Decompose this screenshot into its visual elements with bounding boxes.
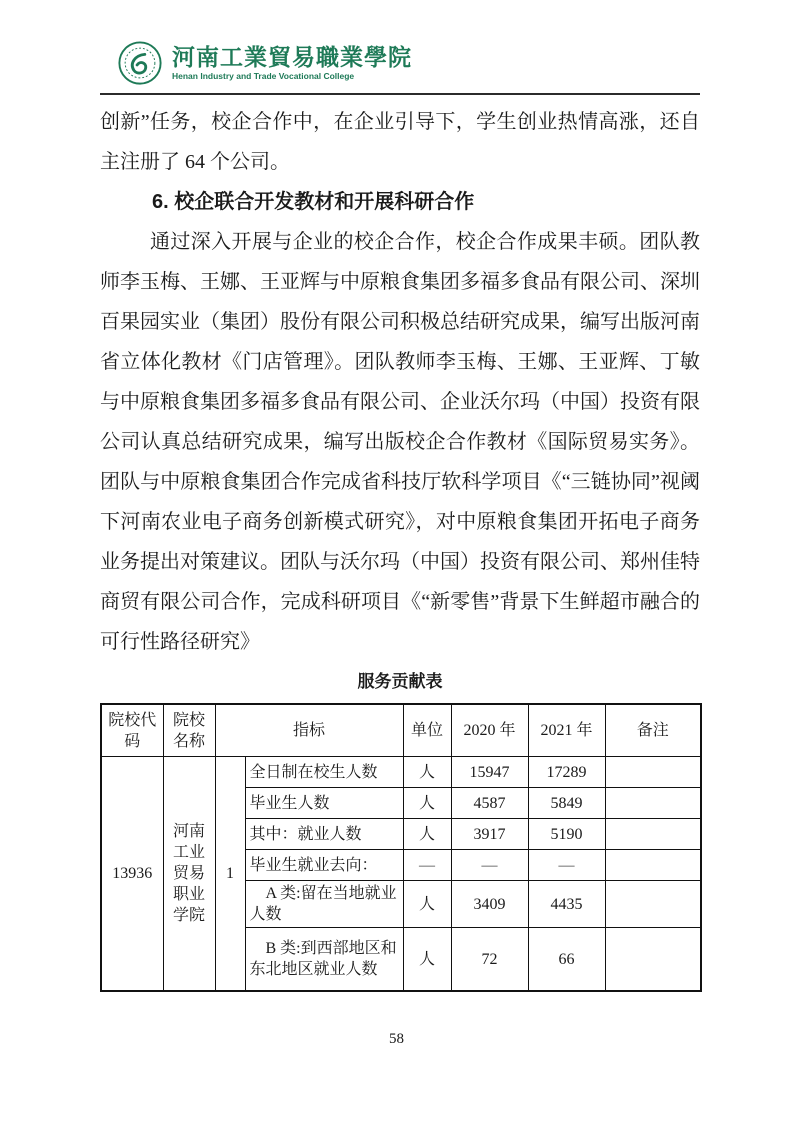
unit-cell: 人 (403, 788, 451, 819)
unit-cell: 人 (403, 881, 451, 928)
section-heading: 6. 校企联合开发教材和开展科研合作 (100, 182, 700, 222)
table-title: 服务贡献表 (100, 670, 700, 694)
indicator-cell: 毕业生人数 (245, 788, 403, 819)
value-2021-cell: 4435 (528, 881, 605, 928)
college-name-chinese: 河南工業貿易職業學院 (172, 45, 412, 71)
logo-text: 河南工業貿易職業學院 Henan Industry and Trade Voca… (172, 45, 412, 82)
unit-cell: 人 (403, 757, 451, 788)
note-cell (605, 819, 701, 850)
group-number-cell: 1 (215, 757, 245, 992)
col-header-college-code: 院校代码 (101, 704, 163, 757)
indicator-cell: B 类:到西部地区和东北地区就业人数 (245, 928, 403, 992)
note-cell (605, 788, 701, 819)
unit-cell: 人 (403, 928, 451, 992)
col-header-2020: 2020 年 (451, 704, 528, 757)
col-header-indicator: 指标 (215, 704, 403, 757)
value-2021-cell: — (528, 850, 605, 881)
col-header-note: 备注 (605, 704, 701, 757)
indicator-cell: 全日制在校生人数 (245, 757, 403, 788)
value-2020-cell: 3917 (451, 819, 528, 850)
content-area: 河南工業貿易職業學院 Henan Industry and Trade Voca… (100, 0, 700, 992)
indicator-cell: A 类:留在当地就业人数 (245, 881, 403, 928)
value-2020-cell: 72 (451, 928, 528, 992)
value-2021-cell: 5849 (528, 788, 605, 819)
document-page: 河南工業貿易職業學院 Henan Industry and Trade Voca… (0, 0, 793, 1122)
paragraph-main: 通过深入开展与企业的校企合作，校企合作成果丰硕。团队教师李玉梅、王娜、王亚辉与中… (100, 222, 700, 662)
note-cell (605, 757, 701, 788)
value-2020-cell: — (451, 850, 528, 881)
col-header-2021: 2021 年 (528, 704, 605, 757)
unit-cell: — (403, 850, 451, 881)
table-row: 13936 河南工业贸易职业学院 1 全日制在校生人数 人 15947 1728… (101, 757, 701, 788)
value-2020-cell: 4587 (451, 788, 528, 819)
logo-block: 河南工業貿易職業學院 Henan Industry and Trade Voca… (100, 40, 700, 86)
indicator-cell: 毕业生就业去向： (245, 850, 403, 881)
college-name-english: Henan Industry and Trade Vocational Coll… (172, 71, 412, 82)
note-cell (605, 850, 701, 881)
note-cell (605, 928, 701, 992)
college-name-cell: 河南工业贸易职业学院 (163, 757, 215, 992)
note-cell (605, 881, 701, 928)
college-code-cell: 13936 (101, 757, 163, 992)
value-2020-cell: 15947 (451, 757, 528, 788)
page-header: 河南工業貿易職業學院 Henan Industry and Trade Voca… (100, 0, 700, 95)
college-seal-icon (117, 40, 163, 86)
table-header-row: 院校代码 院校名称 指标 单位 2020 年 2021 年 备注 (101, 704, 701, 757)
col-header-college-name: 院校名称 (163, 704, 215, 757)
value-2020-cell: 3409 (451, 881, 528, 928)
col-header-unit: 单位 (403, 704, 451, 757)
indicator-cell: 其中：就业人数 (245, 819, 403, 850)
value-2021-cell: 5190 (528, 819, 605, 850)
page-number: 58 (0, 1031, 793, 1048)
value-2021-cell: 17289 (528, 757, 605, 788)
unit-cell: 人 (403, 819, 451, 850)
paragraph-continuation: 创新”任务，校企合作中，在企业引导下，学生创业热情高涨，还自主注册了 64 个公… (100, 102, 700, 182)
service-contribution-table: 院校代码 院校名称 指标 单位 2020 年 2021 年 备注 13936 河… (100, 703, 702, 992)
value-2021-cell: 66 (528, 928, 605, 992)
